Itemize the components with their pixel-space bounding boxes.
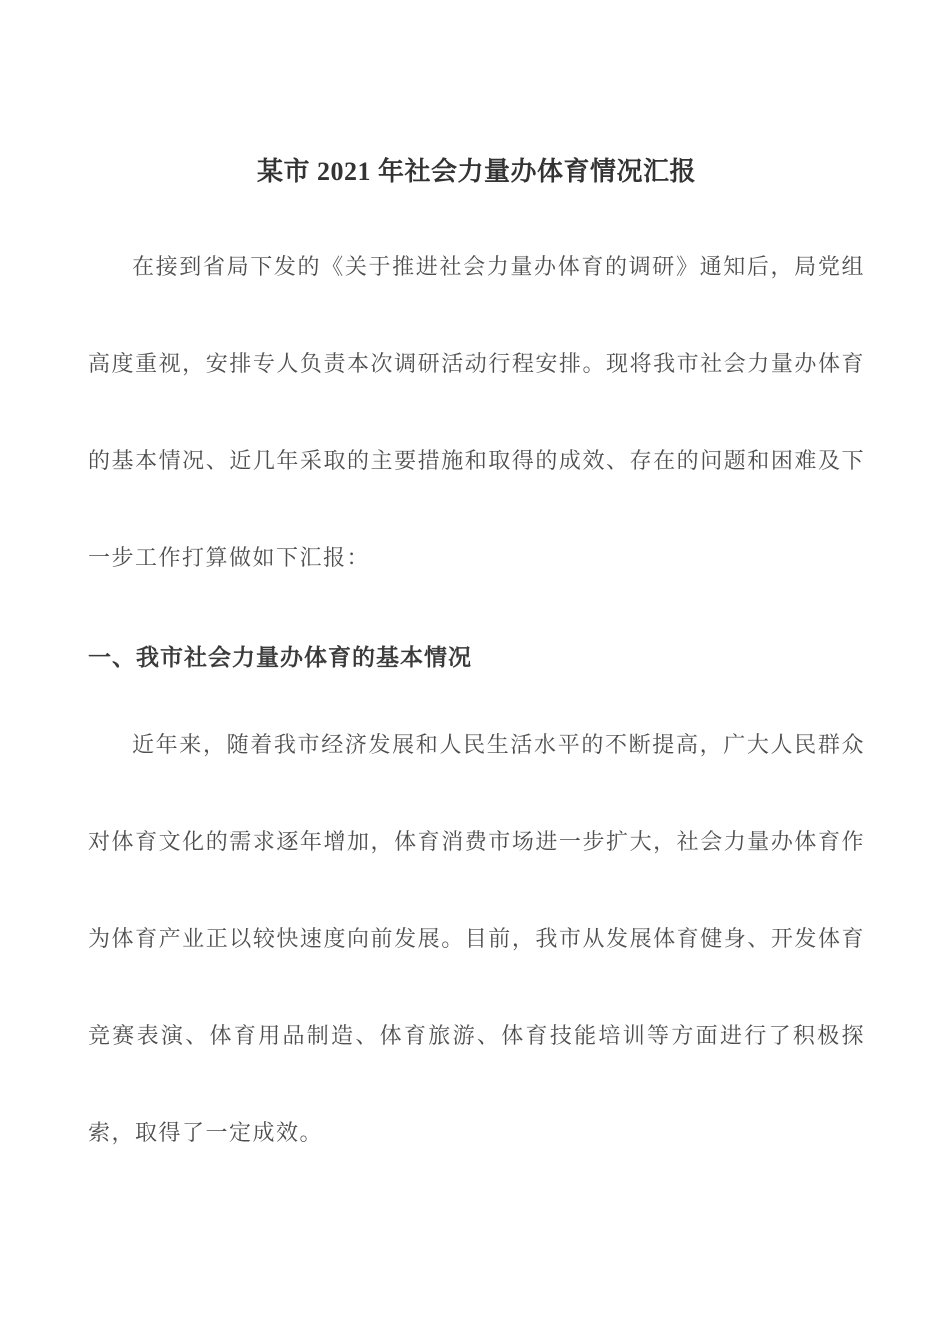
paragraph-intro: 在接到省局下发的《关于推进社会力量办体育的调研》通知后，局党组高度重视，安排专人… [88, 218, 865, 606]
paragraph-section-1-body: 近年来，随着我市经济发展和人民生活水平的不断提高，广大人民群众对体育文化的需求逐… [88, 696, 865, 1181]
document-page: 某市 2021 年社会力量办体育情况汇报 在接到省局下发的《关于推进社会力量办体… [0, 0, 950, 1344]
document-title: 某市 2021 年社会力量办体育情况汇报 [88, 156, 865, 188]
section-heading-1: 一、我市社会力量办体育的基本情况 [88, 641, 865, 674]
